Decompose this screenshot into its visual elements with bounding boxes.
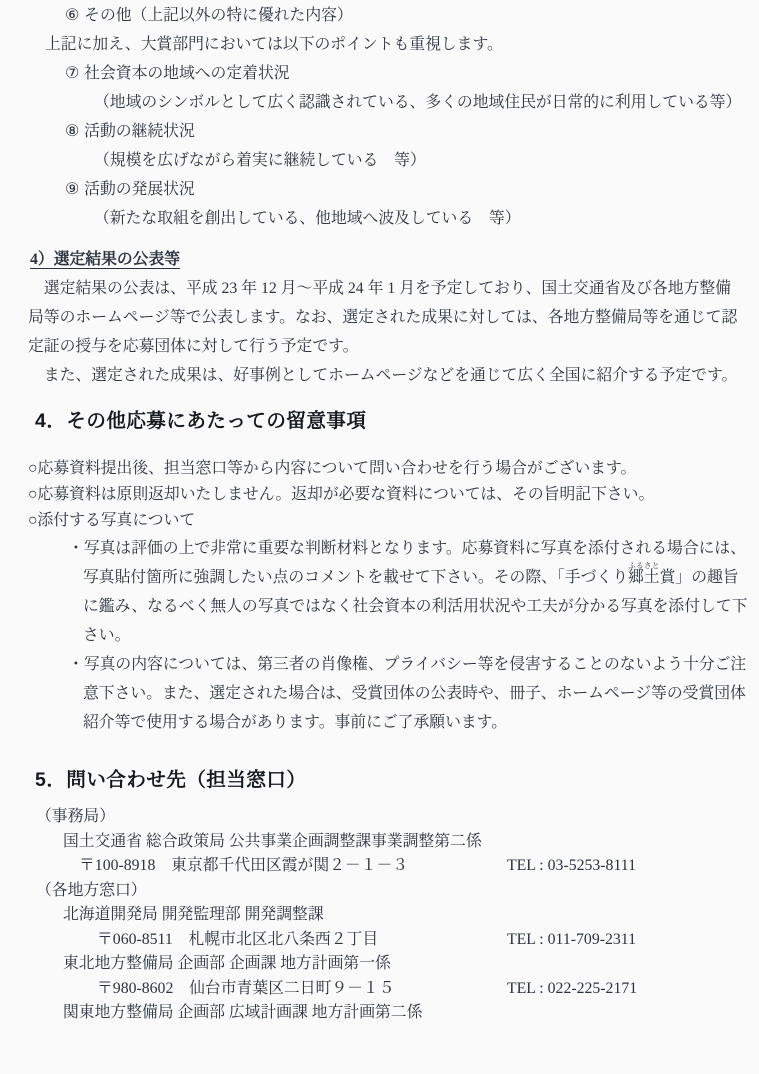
note-item-1-text: 応募資料提出後、担当窓口等から内容について問い合わせを行う場合がございます。 [38, 460, 637, 477]
regional-tel-hokkaido: TEL : 011-709-2311 [507, 928, 636, 953]
regional-address-line-hokkaido: 〒060-8511 札幌市北区北八条西２丁目 TEL : 011-709-231… [28, 928, 735, 953]
circle-marker: ○ [28, 486, 38, 503]
note-item-3: ○添付する写真について [28, 508, 735, 534]
note-item-1: ○応募資料提出後、担当窓口等から内容について問い合わせを行う場合がございます。 [28, 456, 735, 482]
item-number: ⑥ [65, 7, 79, 24]
contact-section: 5．問い合わせ先（担当窓口） （事務局） 国土交通省 総合政策局 公共事業企画調… [28, 765, 735, 1026]
results-paragraph-1: 選定結果の公表は、平成 23 年 12 月～平成 24 年 1 月を予定しており… [28, 274, 743, 361]
criteria-item-8-detail: （規模を広げながら着実に継続している 等） [28, 146, 749, 175]
criteria-note: 上記に加え、大賞部門においては以下のポイントも重視します。 [28, 30, 735, 59]
note-item-2-text: 応募資料は原則返却いたしません。返却が必要な資料については、その旨明記下さい。 [38, 486, 655, 503]
regional-org-tohoku: 東北地方整備局 企画部 企画課 地方計画第一係 [28, 952, 735, 977]
photo-bullets: ・写真は評価の上で非常に重要な判断材料となります。応募資料に写真を添付される場合… [28, 534, 735, 737]
notes-heading: 4．その他応募にあたっての留意事項 [28, 406, 735, 436]
results-heading: 4）選定結果の公表等 [28, 245, 735, 274]
bullet-marker: ・ [68, 656, 84, 673]
regional-tel-tohoku: TEL : 022-225-2171 [507, 977, 637, 1002]
notes-section: 4．その他応募にあたっての留意事項 ○応募資料提出後、担当窓口等から内容について… [28, 406, 735, 737]
regional-address-line-tohoku: 〒980-8602 仙台市青葉区二日町９－１５ TEL : 022-225-21… [28, 977, 735, 1002]
secretariat-address: 〒100-8918 東京都千代田区霞が関２－１－３ [79, 857, 408, 874]
criteria-item-8-title: 活動の継続状況 [84, 123, 195, 140]
circle-marker: ○ [28, 460, 38, 477]
ruby-text: ふるさと [628, 561, 660, 570]
item-number: ⑧ [65, 123, 79, 140]
bullet-marker: ・ [68, 540, 84, 557]
regional-address-hokkaido: 〒060-8511 札幌市北区北八条西２丁目 [97, 931, 378, 948]
secretariat-label: （事務局） [28, 805, 735, 830]
photo-bullet-2: ・写真の内容については、第三者の肖像権、プライバシー等を侵害することのないよう十… [28, 650, 753, 737]
criteria-item-9-detail: （新たな取組を創出している、他地域へ波及している 等） [28, 204, 749, 233]
results-section: 4）選定結果の公表等 選定結果の公表は、平成 23 年 12 月～平成 24 年… [28, 245, 735, 390]
criteria-item-7-title: 社会資本の地域への定着状況 [84, 65, 289, 82]
regional-label: （各地方窓口） [28, 879, 735, 904]
circle-marker: ○ [28, 512, 38, 529]
results-paragraph-2: また、選定された成果は、好事例としてホームページなどを通じて広く全国に紹介する予… [28, 361, 743, 390]
photo-bullet-2-text: 写真の内容については、第三者の肖像権、プライバシー等を侵害することのないよう十分… [83, 656, 746, 731]
item-number: ⑦ [65, 65, 79, 82]
criteria-item-7-detail: （地域のシンボルとして広く認識されている、多くの地域住民が日常的に利用している等… [28, 88, 749, 117]
secretariat-org: 国土交通省 総合政策局 公共事業企画調整課事業調整第二係 [28, 830, 735, 855]
item-number: ⑨ [65, 181, 79, 198]
note-item-2: ○応募資料は原則返却いたしません。返却が必要な資料については、その旨明記下さい。 [28, 482, 735, 508]
criteria-section: ⑥その他（上記以外の特に優れた内容） 上記に加え、大賞部門においては以下のポイン… [28, 1, 735, 233]
regional-org-hokkaido: 北海道開発局 開発監理部 開発調整課 [28, 903, 735, 928]
photo-bullet-1: ・写真は評価の上で非常に重要な判断材料となります。応募資料に写真を添付される場合… [28, 534, 753, 650]
secretariat-tel: TEL : 03-5253-8111 [507, 854, 636, 879]
criteria-item-7: ⑦社会資本の地域への定着状況 [28, 59, 735, 88]
contact-heading: 5．問い合わせ先（担当窓口） [28, 765, 735, 795]
regional-address-tohoku: 〒980-8602 仙台市青葉区二日町９－１５ [97, 980, 395, 997]
ruby-base: 郷土 [628, 569, 660, 586]
criteria-item-8: ⑧活動の継続状況 [28, 117, 735, 146]
criteria-item-6: ⑥その他（上記以外の特に優れた内容） [28, 1, 735, 30]
criteria-item-6-text: その他（上記以外の特に優れた内容） [84, 7, 353, 24]
criteria-item-9-title: 活動の発展状況 [84, 181, 195, 198]
document-page: ⑥その他（上記以外の特に優れた内容） 上記に加え、大賞部門においては以下のポイン… [0, 0, 759, 1074]
secretariat-address-line: 〒100-8918 東京都千代田区霞が関２－１－３ TEL : 03-5253-… [28, 854, 735, 879]
criteria-item-9: ⑨活動の発展状況 [28, 175, 735, 204]
regional-org-kanto: 関東地方整備局 企画部 広域計画課 地方計画第二係 [28, 1001, 735, 1026]
furigana-ruby: 郷土ふるさと [628, 569, 660, 586]
note-item-3-text: 添付する写真について [38, 512, 196, 529]
notes-circle-list: ○応募資料提出後、担当窓口等から内容について問い合わせを行う場合がございます。 … [28, 456, 735, 534]
